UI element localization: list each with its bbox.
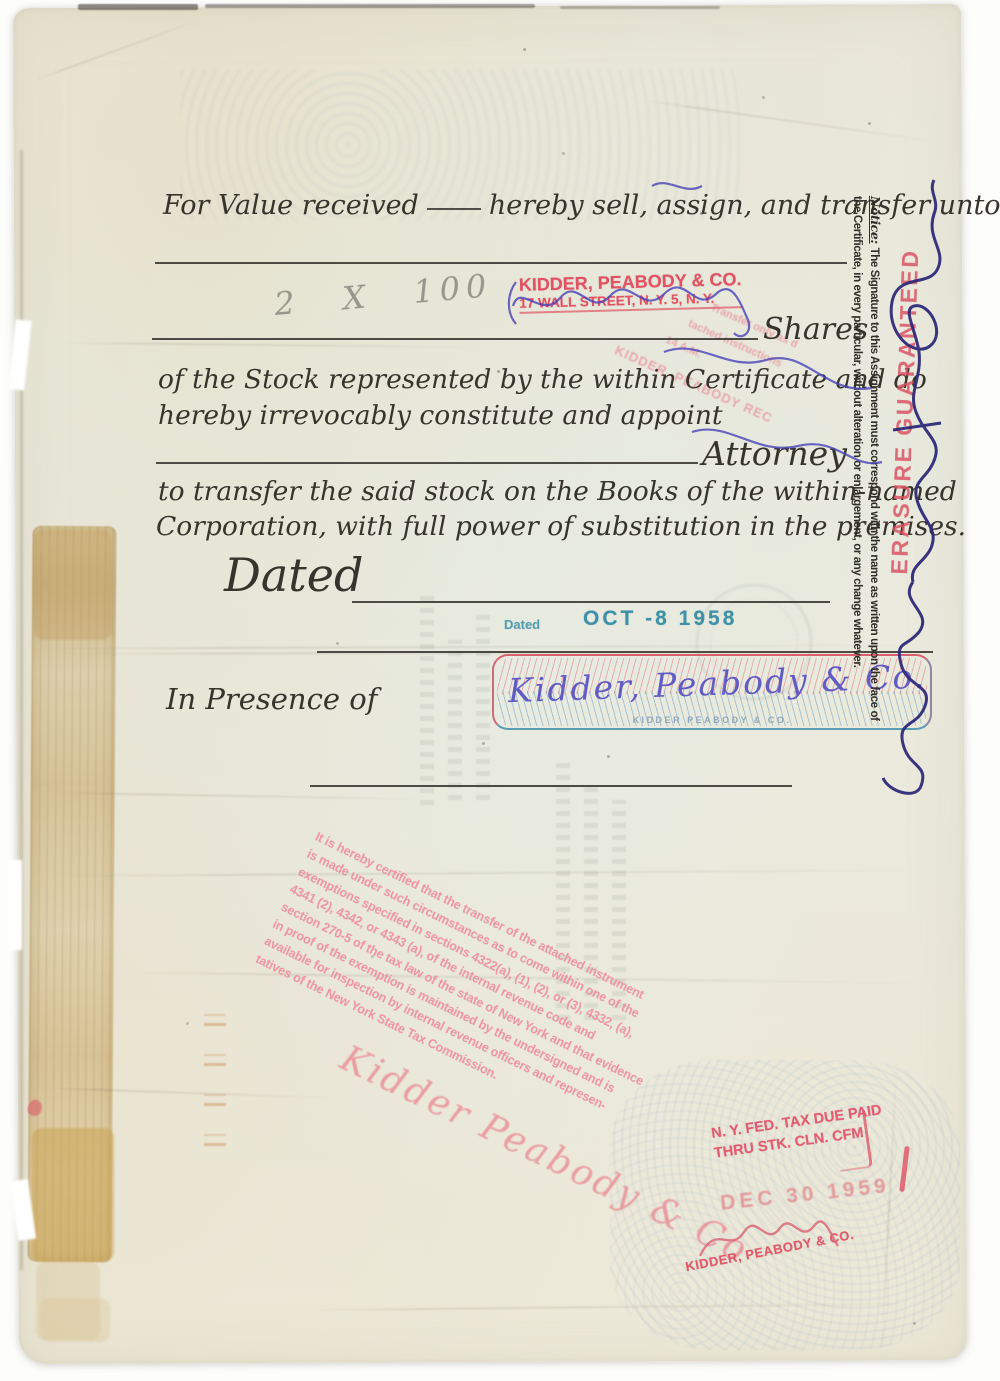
text-showthrough-column (448, 640, 462, 800)
transfer-clause-line1: to transfer the said stock on the Books … (158, 476, 957, 507)
dated-fill-in-line (352, 601, 830, 603)
witness-fill-in-line (310, 785, 792, 787)
dated-label: Dated (224, 548, 363, 602)
value-received-text: For Value received (163, 190, 419, 221)
tape-stain (32, 1128, 114, 1262)
guarantee-fill-in-line (317, 651, 933, 653)
fill-in-line (155, 262, 847, 264)
in-presence-of-label: In Presence of (166, 682, 377, 716)
fill-in-line (152, 338, 758, 340)
blank-name-line (427, 206, 481, 210)
transfer-clause-line2: Corporation, with full power of substitu… (156, 511, 966, 542)
scan-edge-shadow (560, 6, 720, 9)
scan-edge-shadow (205, 4, 535, 8)
notice-text1: The Signature to this Assignment must co… (868, 248, 880, 721)
notice-line1: Notice:The Signature to this Assignment … (865, 196, 884, 721)
attorney-label: Attorney (702, 434, 847, 473)
paper-specks (0, 0, 3, 3)
notice-label: Notice: (868, 196, 883, 244)
fill-in-line (156, 462, 698, 464)
notice-line2: the Certificate, in every particular, wi… (848, 196, 865, 721)
torn-left-edge (20, 150, 23, 1270)
stock-clause-line1: of the Stock represented by the within C… (158, 364, 927, 395)
serial-number-showthrough (204, 986, 226, 1146)
scanned-stock-certificate-back: For Value receivedhereby sell, assign, a… (0, 0, 1000, 1381)
date-stamp-value: OCT -8 1958 (583, 607, 737, 631)
sell-assign-text: hereby sell, assign, and transfer unto (489, 190, 1000, 221)
tape-stain (34, 530, 112, 640)
text-showthrough-column (420, 595, 434, 805)
stock-clause-line2: hereby irrevocably constitute and appoin… (158, 400, 723, 431)
broker-address-stamp: KIDDER, PEABODY & CO. 17 WALL STREET, N.… (519, 269, 743, 314)
dated-stamp-label: Dated (504, 617, 540, 632)
signature-notice: Notice:The Signature to this Assignment … (848, 196, 884, 721)
tape-stain (40, 1298, 110, 1342)
scan-edge-shadow (78, 4, 198, 10)
edge-tear-notch (8, 860, 22, 950)
text-showthrough-column (476, 610, 490, 800)
